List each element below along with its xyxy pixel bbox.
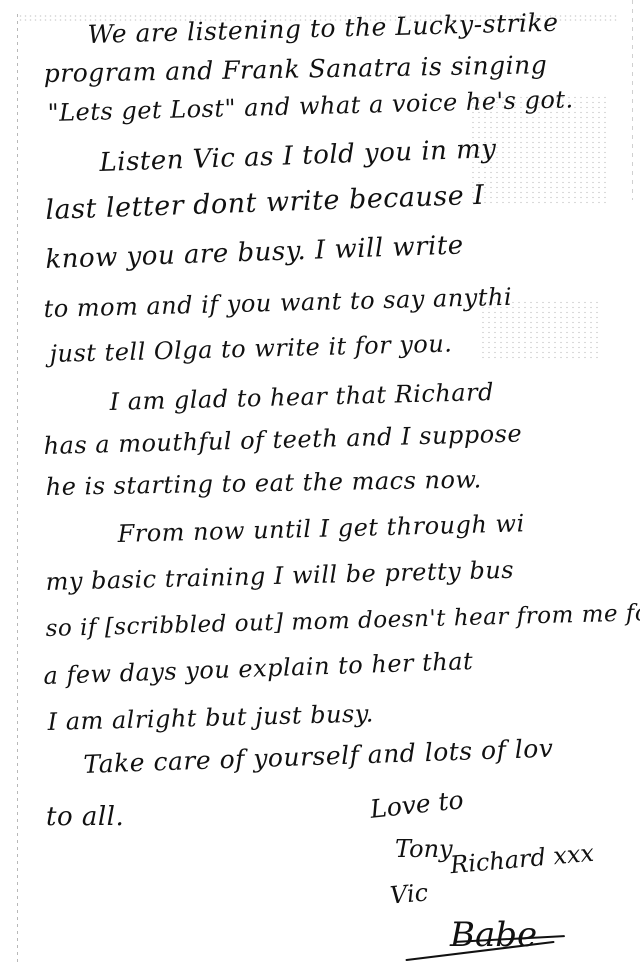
letter-line: I am glad to hear that Richard (109, 378, 494, 416)
closing-recipient: Vic (389, 878, 429, 909)
letter-line: Take care of yourself and lots of lov (83, 734, 554, 779)
letter-line: I am alright but just busy. (47, 699, 374, 736)
letter-line: he is starting to eat the macs now. (46, 465, 482, 501)
letter-line: to mom and if you want to say anythi (43, 283, 512, 323)
letter-line: a few days you explain to her that (43, 647, 474, 690)
closing-salutation: Love to (369, 785, 465, 824)
letter-line: From now until I get through wi (117, 509, 525, 548)
letter-line: so if [scribbled out] mom doesn't hear f… (45, 600, 640, 642)
closing-recipient: Tony (395, 835, 453, 863)
letter-line: has a mouthful of teeth and I suppose (43, 419, 522, 460)
closing-recipient: Richard xxx (449, 839, 595, 879)
letter-line: my basic training I will be pretty bus (45, 556, 514, 596)
letter-line: to all. (46, 802, 124, 832)
letter-line: know you are busy. I will write (45, 230, 464, 275)
letter-page: We are listening to the Lucky-strike pro… (0, 0, 640, 975)
scan-right-edge (632, 0, 633, 200)
letter-line: just tell Olga to write it for you. (49, 329, 452, 368)
letter-line: Listen Vic as I told you in my (99, 134, 497, 178)
letter-line: program and Frank Sanatra is singing (43, 50, 547, 88)
letter-line: last letter dont write because I (45, 180, 485, 226)
scan-left-edge (17, 14, 18, 964)
